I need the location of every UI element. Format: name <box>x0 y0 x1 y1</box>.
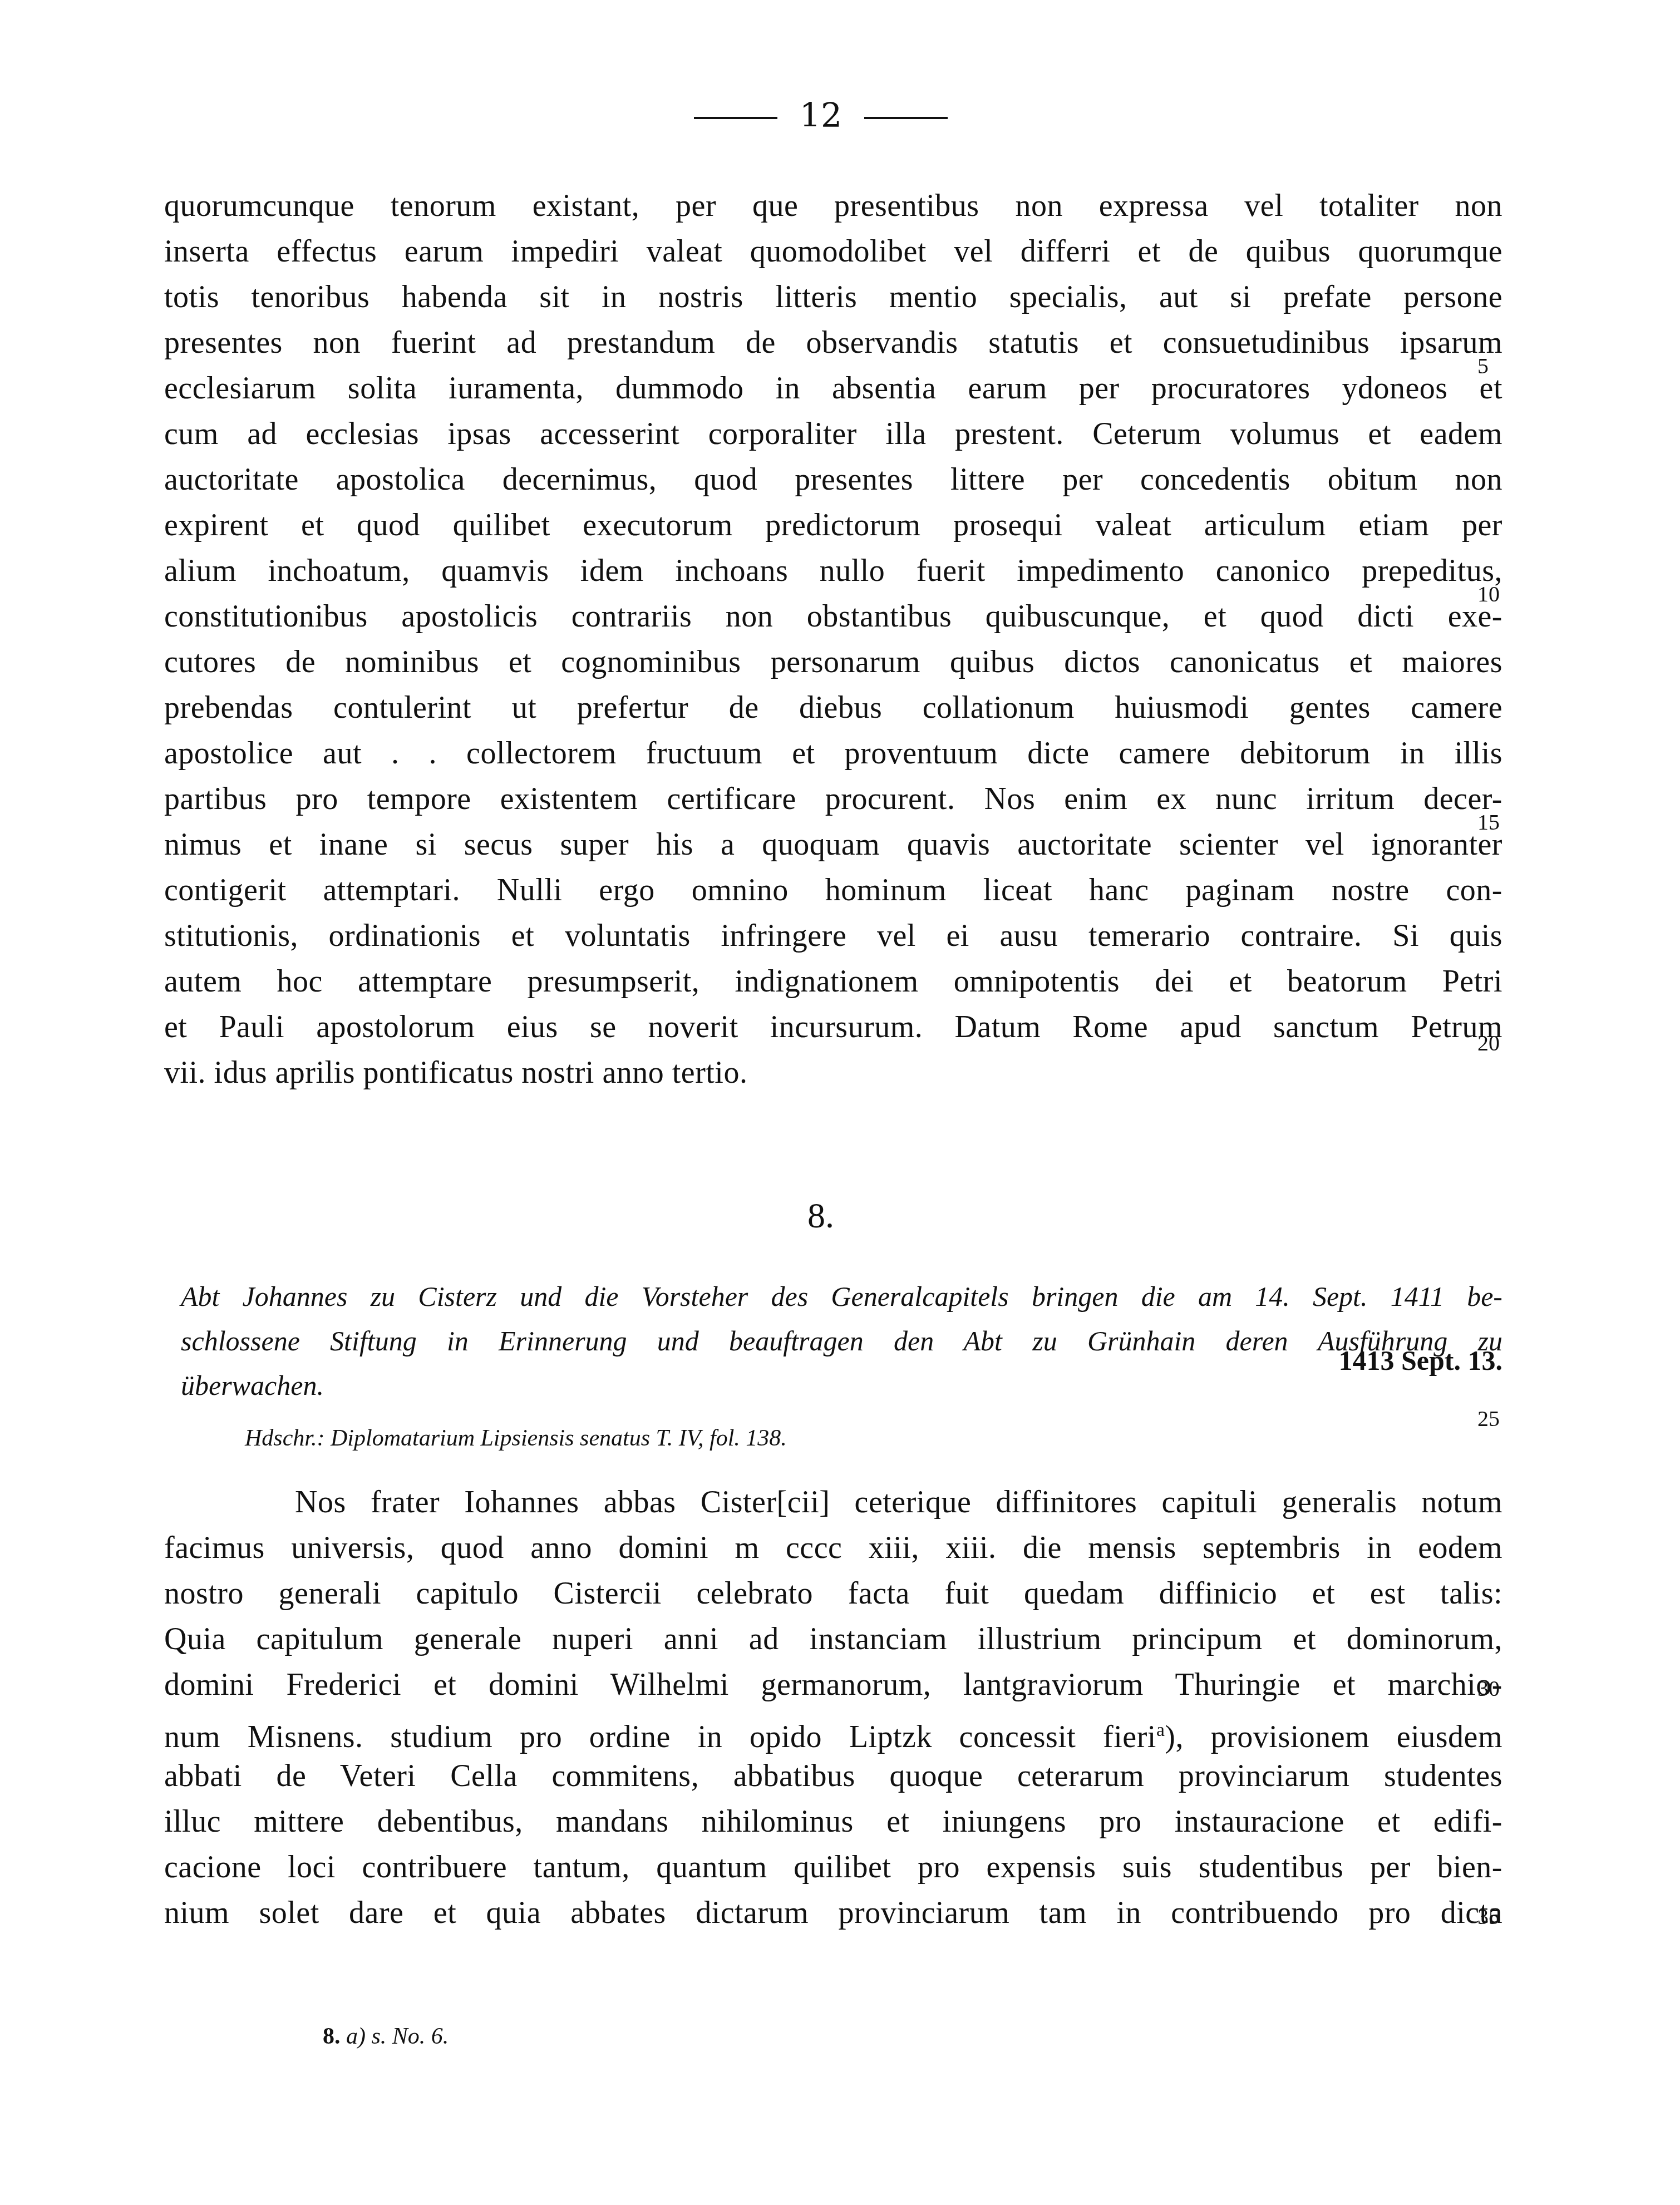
text-line: contigerit attemptari. Nulli ergo omnino… <box>164 868 1502 912</box>
text-line: ecclesiarum solita iuramenta, dummodo in… <box>164 366 1502 411</box>
regest-line: Abt Johannes zu Cisterz und die Vorstehe… <box>181 1274 1502 1319</box>
footnote-marker: a) <box>346 2024 366 2049</box>
footnote-number: 8. <box>323 2024 341 2049</box>
manuscript-source: Hdschr.: Diplomatarium Lipsiensis senatu… <box>245 1422 787 1455</box>
text-line: illuc mittere debentibus, mandans nihilo… <box>164 1799 1502 1844</box>
text-line: nimus et inane si secus super his a quoq… <box>164 822 1502 867</box>
text-line: apostolice aut . . collectorem fructuum … <box>164 731 1502 776</box>
text-line: stitutionis, ordinationis et voluntatis … <box>164 914 1502 958</box>
line-number: 20 <box>1477 1027 1500 1060</box>
text-line: quorumcunque tenorum existant, per que p… <box>164 184 1502 228</box>
text-line: Nos frater Iohannes abbas Cister[cii] ce… <box>164 1480 1502 1525</box>
text-line: expirent et quod quilibet executorum pre… <box>164 503 1502 547</box>
document-number: 8. <box>0 1191 1642 1241</box>
text-line: inserta effectus earum impediri valeat q… <box>164 229 1502 274</box>
text-segment: ), provisionem eiusdem <box>1165 1720 1502 1754</box>
text-line: cacione loci contribuere tantum, quantum… <box>164 1845 1502 1890</box>
line-number: 25 <box>1477 1402 1500 1436</box>
footnote-text: s. No. 6. <box>372 2024 449 2049</box>
text-line: nium solet dare et quia abbates dictarum… <box>164 1891 1502 1935</box>
text-line: et Pauli apostolorum eius se noverit inc… <box>164 1005 1502 1049</box>
line-number: 5 <box>1477 349 1489 383</box>
text-line: auctoritate apostolica decernimus, quod … <box>164 457 1502 502</box>
text-line: cum ad ecclesias ipsas accesserint corpo… <box>164 412 1502 456</box>
text-line: totis tenoribus habenda sit in nostris l… <box>164 275 1502 319</box>
dash-left <box>694 117 777 119</box>
text-line: nostro generali capitulo Cistercii celeb… <box>164 1571 1502 1616</box>
text-line: vii. idus aprilis pontificatus nostri an… <box>164 1050 1502 1095</box>
line-number: 15 <box>1477 806 1500 839</box>
text-line: prebendas contulerint ut prefertur de di… <box>164 685 1502 730</box>
text-line: cutores de nominibus et cognominibus per… <box>164 640 1502 684</box>
text-line: num Misnens. studium pro ordine in opido… <box>164 1708 1502 1753</box>
footnote-marker[interactable]: a <box>1156 1720 1165 1740</box>
text-segment: num Misnens. studium pro ordine in opido… <box>164 1720 1156 1754</box>
text-line: Quia capitulum generale nuperi anni ad i… <box>164 1617 1502 1661</box>
text-line: autem hoc attemptare presumpserit, indig… <box>164 959 1502 1004</box>
document-date: 1413 Sept. 13. <box>1339 1341 1502 1380</box>
page-header: 12 <box>0 93 1642 138</box>
text-line: partibus pro tempore existentem certific… <box>164 777 1502 821</box>
footnote: 8. a) s. No. 6. <box>323 2020 449 2053</box>
line-number: 10 <box>1477 578 1500 611</box>
line-number: 30 <box>1477 1672 1500 1705</box>
regest-line: überwachen. <box>181 1363 324 1408</box>
line-number: 35 <box>1477 1900 1500 1933</box>
page-number: 12 <box>800 96 842 135</box>
text-line: abbati de Veteri Cella commitens, abbati… <box>164 1754 1502 1798</box>
text-line: presentes non fuerint ad prestandum de o… <box>164 320 1502 365</box>
regest-line: schlossene Stiftung in Erinnerung und be… <box>181 1319 1502 1363</box>
dash-right <box>864 117 948 119</box>
text-line: domini Frederici et domini Wilhelmi germ… <box>164 1663 1502 1707</box>
text-line: constitutionibus apostolicis contrariis … <box>164 594 1502 639</box>
text-line: facimus universis, quod anno domini m cc… <box>164 1526 1502 1570</box>
text-line: alium inchoatum, quamvis idem inchoans n… <box>164 549 1502 593</box>
